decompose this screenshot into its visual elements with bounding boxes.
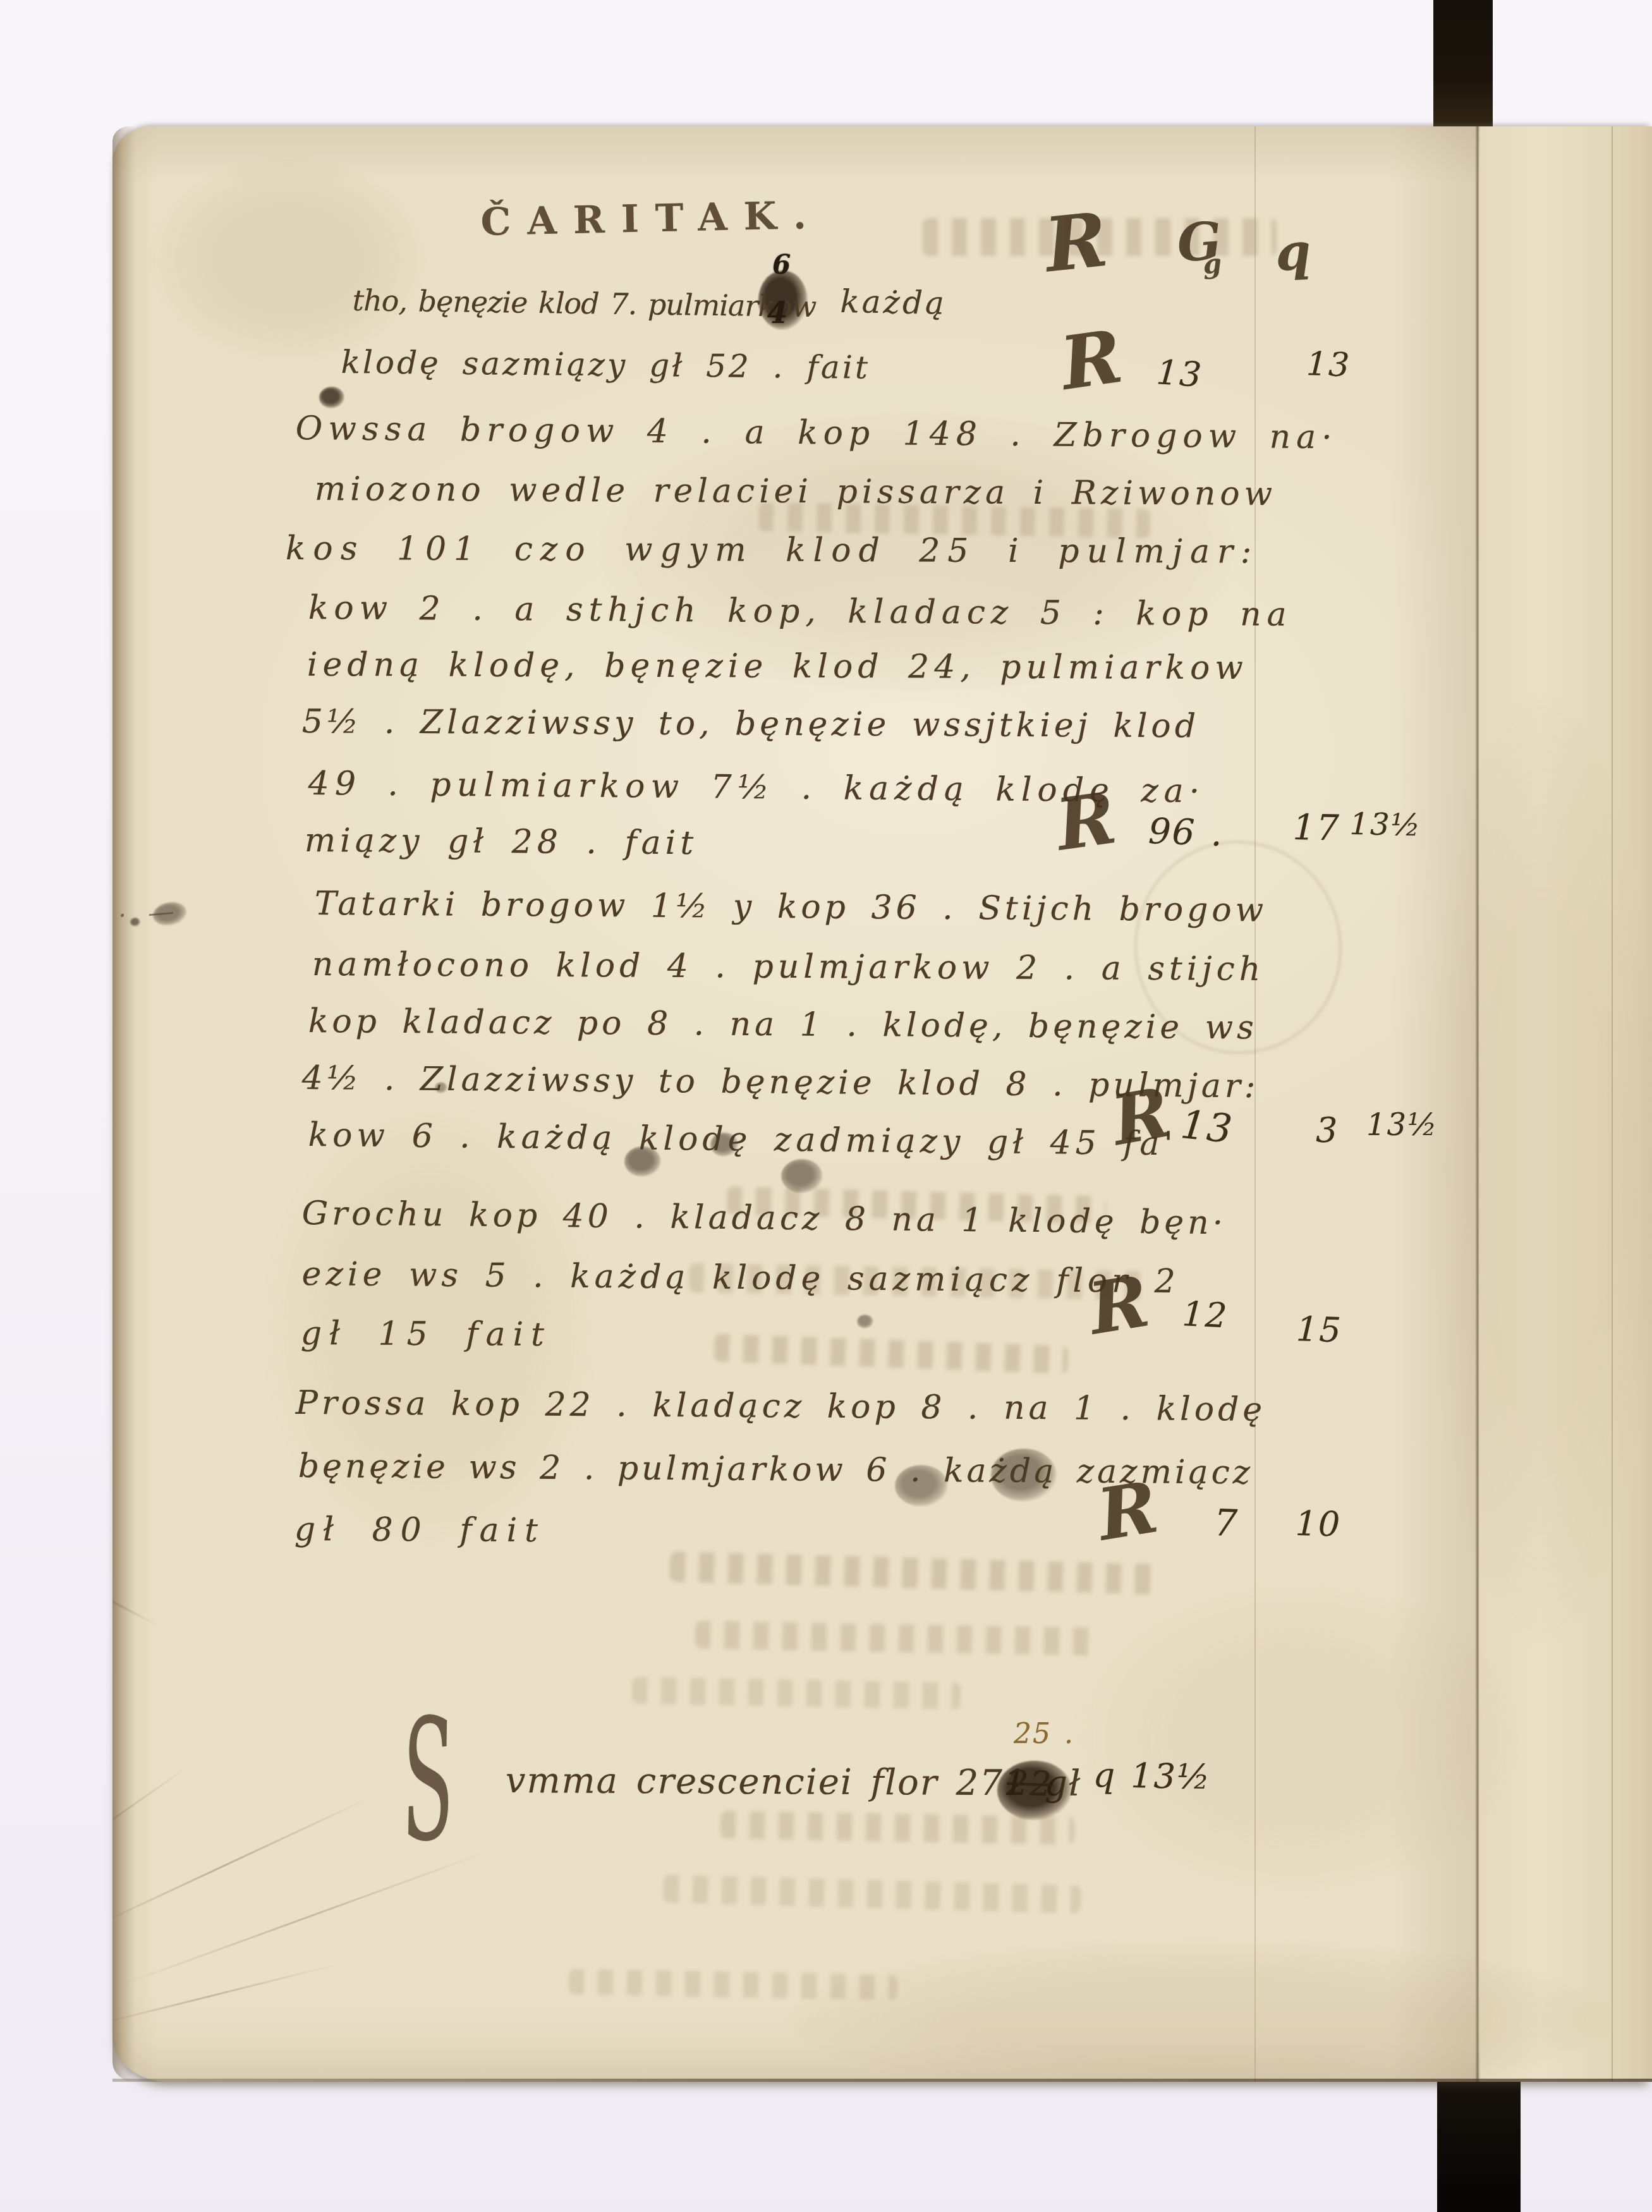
entry1-value-col2: 13 (1306, 348, 1351, 382)
wrinkle (112, 1762, 194, 1873)
entry2-value-col3: 13½ (1349, 809, 1421, 841)
summa-struck-value: 22 (1006, 1766, 1054, 1802)
stain (1074, 1580, 1517, 1896)
entry4-result-mark: R (1084, 1266, 1153, 1345)
entry2-line1: Owssa brogow 4 . a kop 148 . Zbrogow na· (296, 412, 1338, 454)
scanner-background: { "scan": { "background_hex": "#f4f2f7",… (0, 0, 1652, 2212)
ghost (714, 1334, 1068, 1374)
summa-initial: S (397, 1698, 460, 1868)
entry3-line3: kop kladacz po 8 . na 1 . klodę, bęnęzie… (308, 1005, 1258, 1044)
entry4-line1: Grochu kop 40 . kladacz 8 na 1 klodę bęn… (301, 1197, 1227, 1239)
wrinkle (112, 1567, 157, 1626)
summa-tail: q 13½ (1093, 1758, 1212, 1794)
entry4-line2: ezie ws 5 . każdą klodę sazmiącz flor 2 (302, 1258, 1180, 1298)
entry5-line1: Prossa kop 22 . kladącz kop 8 . na 1 . k… (296, 1387, 1266, 1426)
blot (857, 1315, 873, 1328)
entry1-value-col1: 13 (1155, 355, 1203, 392)
entry1-line1-tail: każdą (840, 286, 947, 319)
entry4-line3: gł 15 fait (301, 1317, 552, 1351)
stain (1428, 695, 1652, 1643)
page-title: ČARITAK. (480, 197, 823, 241)
entry3-line1: Tatarki brogow 1½ y kop 36 . Stijch brog… (315, 887, 1268, 927)
summa-corrected-value: 25 . (1014, 1720, 1074, 1748)
entry5-value-col1: 7 (1213, 1504, 1239, 1541)
entry2-line2: miozono wedle relaciei pissarza i Rziwon… (315, 473, 1277, 511)
summa-text: vmma crescenciei flor 271 gł (506, 1763, 1082, 1802)
entry2-line6: 5½ . Zlazziwssy to, bęnęzie wssjtkiej kl… (302, 705, 1200, 743)
entry5-result-mark: R (1093, 1472, 1162, 1551)
entry1-fraction-numerator: 6 (772, 252, 792, 278)
ghost (695, 1620, 1100, 1655)
stain (790, 1940, 1612, 2082)
entry3-result-mark: R (1107, 1078, 1175, 1155)
ghost (720, 1811, 1075, 1845)
entry2-result-mark: R (1052, 783, 1121, 861)
entry2-value-col1: 96 . (1148, 814, 1224, 852)
ink-overlay: ČARITAK. RGgqtho, bęnęzie klod 7. pulmia… (112, 126, 1652, 2082)
blot (319, 387, 344, 408)
entry1-line1: tho, bęnęzie klod 7. pulmiarkow (352, 286, 816, 321)
column-header-R: R (1042, 202, 1111, 283)
entry2-line8: miązy gł 28 . fait (305, 824, 698, 860)
entry2-line5: iedną klodę, bęnęzie klod 24, pulmiarkow (307, 648, 1248, 684)
ghost (569, 1969, 898, 2000)
entry4-value-col1: 12 (1181, 1297, 1229, 1334)
entry5-value-col2: 10 (1295, 1507, 1342, 1541)
entry2-value-col2: 17 (1292, 810, 1340, 846)
ghost (664, 1875, 1081, 1913)
ghost (670, 1552, 1163, 1595)
entry4-value-col2: 15 (1296, 1312, 1343, 1348)
entry3-value-col1: 13 (1179, 1105, 1236, 1149)
entry3-line2: namłocono klod 4 . pulmjarkow 2 . a stij… (312, 948, 1265, 986)
entry1-result-mark: R (1057, 320, 1127, 401)
entry3-line5: kow 6 . każdą klodę zadmiązy gł 45 fa' (308, 1119, 1177, 1160)
column-header-q: q (1274, 226, 1312, 278)
entry1-fraction-denominator: 4 (767, 298, 789, 327)
entry2-line3: kos 101 czo wgym klod 25 i pulmjar: (286, 532, 1260, 568)
wrinkle (112, 1963, 340, 2031)
ghost (632, 1677, 961, 1709)
entry1-line2: klodę sazmiązy gł 52 . fait (341, 346, 870, 384)
blot (781, 1159, 823, 1193)
stain (152, 158, 423, 360)
entry5-line3: gł 80 fait (295, 1513, 545, 1547)
entry3-margin-mark: · ― (118, 899, 178, 928)
entry3-value-col2: 3 (1316, 1114, 1339, 1148)
wrinkle (112, 1795, 374, 1935)
entry3-value-col3: 13½ (1366, 1110, 1438, 1140)
bookmark-ribbon-top (1433, 0, 1493, 145)
column-header-g-small: g (1202, 250, 1222, 278)
entry2-line4: kow 2 . a sthjch kop, kladacz 5 : kop na (308, 592, 1292, 631)
